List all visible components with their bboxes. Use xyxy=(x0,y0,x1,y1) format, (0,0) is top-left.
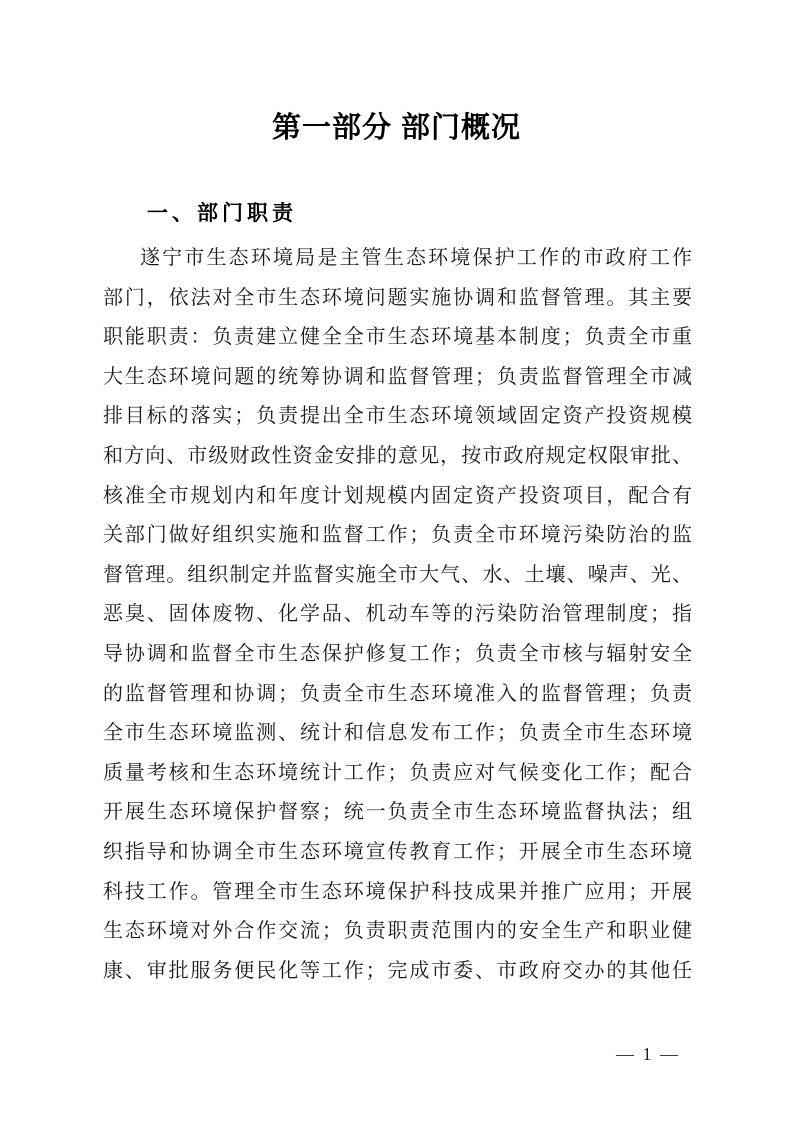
paragraph-line: 开展生态环境保护督察；统一负责全市生态环境监督执法；组 xyxy=(103,793,692,833)
paragraph-line: 康、审批服务便民化等工作；完成市委、市政府交办的其他任 xyxy=(103,952,692,992)
page-number: — 1 — xyxy=(616,1043,680,1065)
paragraph-line: 质量考核和生态环境统计工作；负责应对气候变化工作；配合 xyxy=(103,754,692,794)
paragraph-line: 的监督管理和协调；负责全市生态环境准入的监督管理；负责 xyxy=(103,675,692,715)
paragraph-line: 科技工作。管理全市生态环境保护科技成果并推广应用；开展 xyxy=(103,873,692,913)
document-page: 第一部分 部门概况 一、部门职责 遂宁市生态环境局是主管生态环境保护工作的市政府… xyxy=(0,0,793,1122)
paragraph-line: 导协调和监督全市生态保护修复工作；负责全市核与辐射安全 xyxy=(103,635,692,675)
paragraph-line: 督管理。组织制定并监督实施全市大气、水、土壤、噪声、光、 xyxy=(103,556,692,596)
paragraph-line: 生态环境对外合作交流；负责职责范围内的安全生产和职业健 xyxy=(103,912,692,952)
paragraph-line: 织指导和协调全市生态环境宣传教育工作；开展全市生态环境 xyxy=(103,833,692,873)
paragraph: 遂宁市生态环境局是主管生态环境保护工作的市政府工作 部门，依法对全市生态环境问题… xyxy=(103,239,692,991)
paragraph-line: 关部门做好组织实施和监督工作；负责全市环境污染防治的监 xyxy=(103,516,692,556)
paragraph-line: 遂宁市生态环境局是主管生态环境保护工作的市政府工作 xyxy=(103,239,692,279)
paragraph-line: 全市生态环境监测、统计和信息发布工作；负责全市生态环境 xyxy=(103,714,692,754)
paragraph-line: 和方向、市级财政性资金安排的意见，按市政府规定权限审批、 xyxy=(103,437,692,477)
paragraph-line: 恶臭、固体废物、化学品、机动车等的污染防治管理制度；指 xyxy=(103,595,692,635)
paragraph-line: 大生态环境问题的统筹协调和监督管理；负责监督管理全市减 xyxy=(103,358,692,398)
paragraph-line: 部门，依法对全市生态环境问题实施协调和监督管理。其主要 xyxy=(103,279,692,319)
paragraph-line: 排目标的落实；负责提出全市生态环境领域固定资产投资规模 xyxy=(103,397,692,437)
document-title: 第一部分 部门概况 xyxy=(0,110,793,146)
section-heading: 一、部门职责 xyxy=(103,200,692,228)
paragraph-line: 职能职责：负责建立健全全市生态环境基本制度；负责全市重 xyxy=(103,318,692,358)
paragraph-line: 核准全市规划内和年度计划规模内固定资产投资项目，配合有 xyxy=(103,477,692,517)
